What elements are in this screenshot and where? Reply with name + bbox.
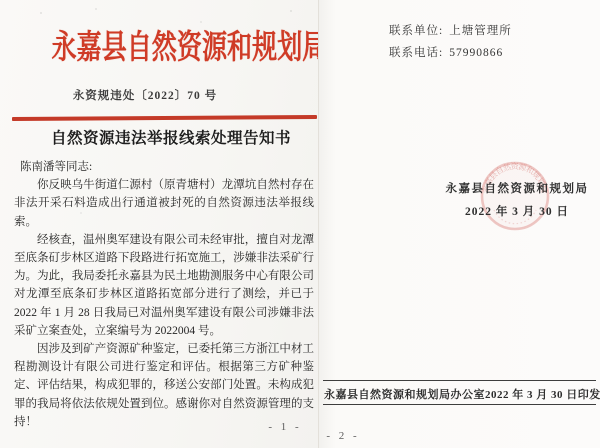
page-number-2: - 2 - <box>319 430 367 442</box>
paragraph: 经核查，温州奥军建设有限公司未经审批，擅自对龙潭至底条矴步林区道路下段路进行拓宽… <box>14 231 314 340</box>
issuing-authority-signature: 永嘉县自然资源和规划局 <box>417 180 600 196</box>
printing-date: 2022 年 3 月 30 日印发 <box>485 386 600 402</box>
contact-block: 联系单位:上塘管理所 联系电话:57990866 <box>389 20 512 64</box>
signature-date: 2022 年 3 月 30 日 <box>417 203 600 219</box>
contact-unit-label: 联系单位: <box>389 25 443 37</box>
paragraph: 因涉及到矿产资源矿种鉴定，已委托第三方浙江中材工程勘测设计有限公司进行鉴定和评估… <box>14 340 314 431</box>
red-divider-line <box>12 115 317 121</box>
contact-unit-row: 联系单位:上塘管理所 <box>389 20 512 42</box>
colophon-row: 永嘉县自然资源和规划局办公室 2022 年 3 月 30 日印发 <box>323 381 596 405</box>
scanned-document: 永嘉县自然资源和规划局文件 永资规违处〔2022〕70 号 自然资源违法举报线索… <box>0 0 600 448</box>
page-number-1: - 1 - <box>245 421 325 433</box>
bureau-document-header: 永嘉县自然资源和规划局文件 <box>0 21 318 68</box>
scan-noise <box>40 12 42 14</box>
contact-phone-value: 57990866 <box>449 47 503 59</box>
paragraph: 你反映乌牛街道仁源村（原青塘村）龙潭坑自然村存在非法开采石料造成出行通道被封死的… <box>14 176 314 231</box>
document-number: 永资规违处〔2022〕70 号 <box>0 87 290 103</box>
document-page-1: 永嘉县自然资源和规划局文件 永资规违处〔2022〕70 号 自然资源违法举报线索… <box>0 0 318 448</box>
notice-title: 自然资源违法举报线索处理告知书 <box>24 126 318 148</box>
printing-office: 永嘉县自然资源和规划局办公室 <box>324 386 485 402</box>
contact-phone-row: 联系电话:57990866 <box>389 42 512 64</box>
notice-body: 陈南潘等同志: 你反映乌牛街道仁源村（原青塘村）龙潭坑自然村存在非法开采石料造成… <box>14 158 314 431</box>
document-page-2: 联系单位:上塘管理所 联系电话:57990866 永嘉县自然资源和规划局 永嘉县… <box>318 0 600 448</box>
contact-phone-label: 联系电话: <box>389 47 443 59</box>
paragraphs: 你反映乌牛街道仁源村（原青塘村）龙潭坑自然村存在非法开采石料造成出行通道被封死的… <box>14 176 314 431</box>
colophon-footer: 永嘉县自然资源和规划局办公室 2022 年 3 月 30 日印发 <box>323 380 596 405</box>
salutation: 陈南潘等同志: <box>20 158 314 176</box>
contact-unit-value: 上塘管理所 <box>449 25 512 37</box>
signature-block: 永嘉县自然资源和规划局 2022 年 3 月 30 日 <box>417 180 600 219</box>
